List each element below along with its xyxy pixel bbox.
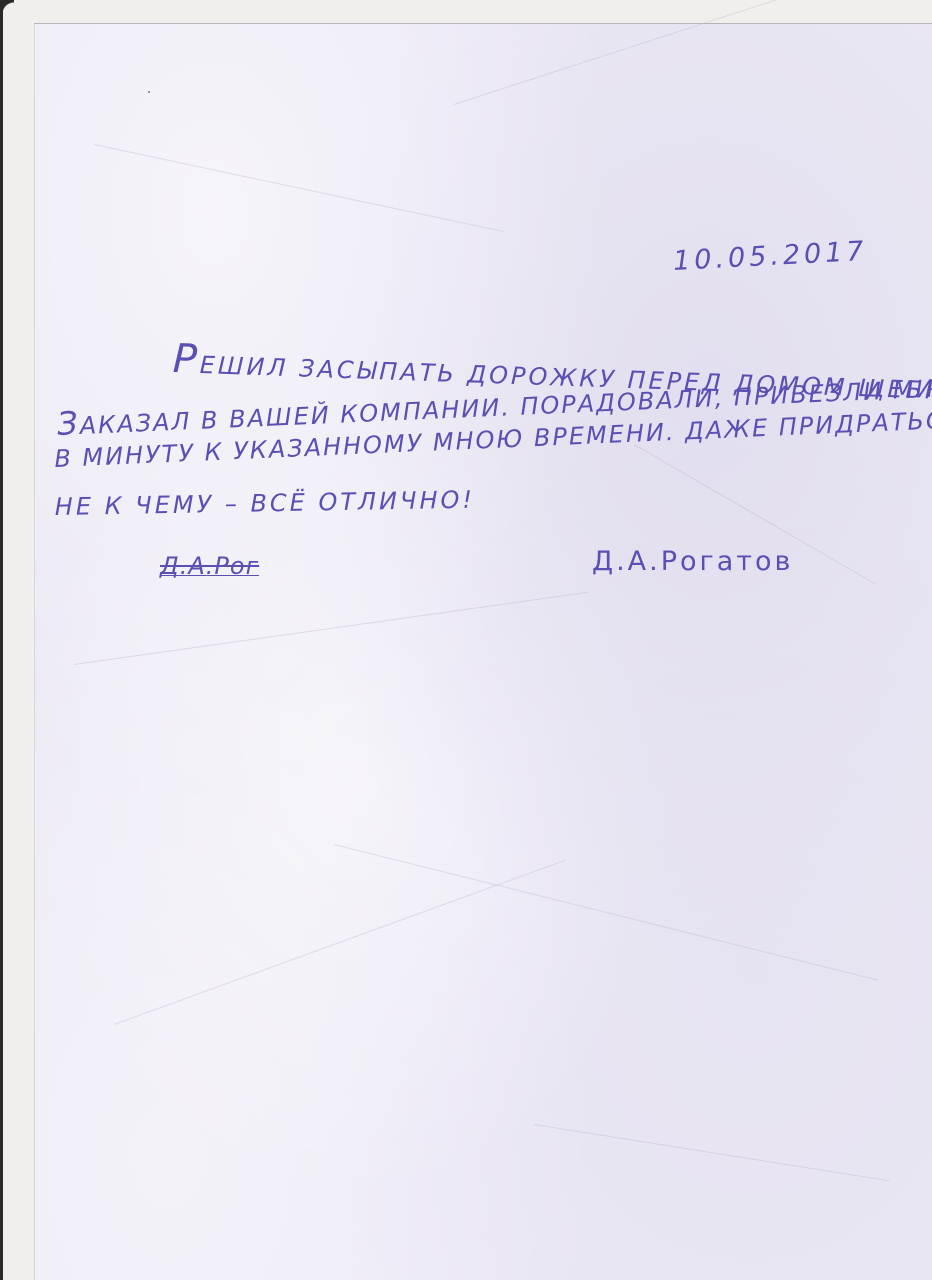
paper-crease — [534, 1124, 890, 1181]
paper-sheet — [34, 23, 932, 1280]
paper-crease — [94, 144, 505, 232]
scanner-edge — [0, 0, 3, 1280]
paper-crease — [454, 0, 816, 105]
paper-crease — [334, 844, 878, 980]
scanner-corner — [0, 0, 14, 14]
drop-letter: З — [56, 404, 80, 443]
crossed-out-signature: Д.А.Рог — [160, 552, 259, 580]
paper-crease — [74, 592, 589, 665]
paper-speck — [148, 91, 150, 93]
drop-letter: Р — [172, 336, 201, 383]
signature: Д.А.Рогатов — [592, 546, 793, 577]
paper-crease — [114, 860, 565, 1025]
